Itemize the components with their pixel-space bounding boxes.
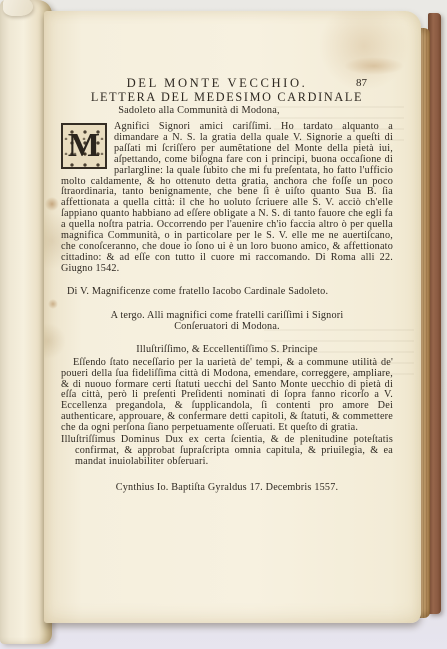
page-curl-tip — [3, 0, 33, 16]
text-block: DEL MONTE VECCHIO. 87 LETTERA DEL MEDESI… — [61, 77, 393, 494]
letter-opening-text: Agnifici Signori amici cariſſimi. Ho tar… — [61, 121, 393, 274]
letter-address-line1: A tergo. Alli magnifici come fratelli ca… — [61, 310, 393, 322]
foxing-spot — [48, 299, 58, 309]
drop-cap-initial: M — [61, 123, 107, 169]
running-title: DEL MONTE VECCHIO. — [51, 77, 383, 90]
book-page: DEL MONTE VECCHIO. 87 LETTERA DEL MEDESI… — [44, 11, 421, 623]
decree-dateline: Cynthius Io. Baptiſta Gyraldus 17. Decem… — [61, 483, 393, 494]
letter-opening-paragraph: MAgnifici Signori amici cariſſimi. Ho ta… — [61, 122, 393, 275]
book-photo: DEL MONTE VECCHIO. 87 LETTERA DEL MEDESI… — [0, 0, 447, 649]
letter-signature: Di V. Magnificenze come fratello Iacobo … — [61, 287, 393, 298]
foxing-spot — [45, 197, 59, 211]
letter-address-line2: Conſeruatori di Modona. — [61, 321, 393, 333]
decree-body: Eſſendo ſtato neceſſario per la uarietà … — [61, 358, 393, 434]
letter-address: A tergo. Alli magnifici come fratelli ca… — [61, 310, 393, 333]
decree-confirmation: Illuſtriſſimus Dominus Dux ex certa ſcie… — [61, 435, 393, 468]
running-header: DEL MONTE VECCHIO. 87 — [61, 77, 393, 90]
decree-heading: Illuſtriſſimo, & Eccellentiſſimo S. Prin… — [61, 345, 393, 356]
foxing-spot — [344, 57, 404, 75]
letter-title-line2: Sadoleto alla Communità di Modona, — [33, 105, 365, 116]
page-number: 87 — [356, 78, 367, 89]
letter-title-line1: LETTERA DEL MEDESIMO CARDINALE — [61, 91, 393, 104]
